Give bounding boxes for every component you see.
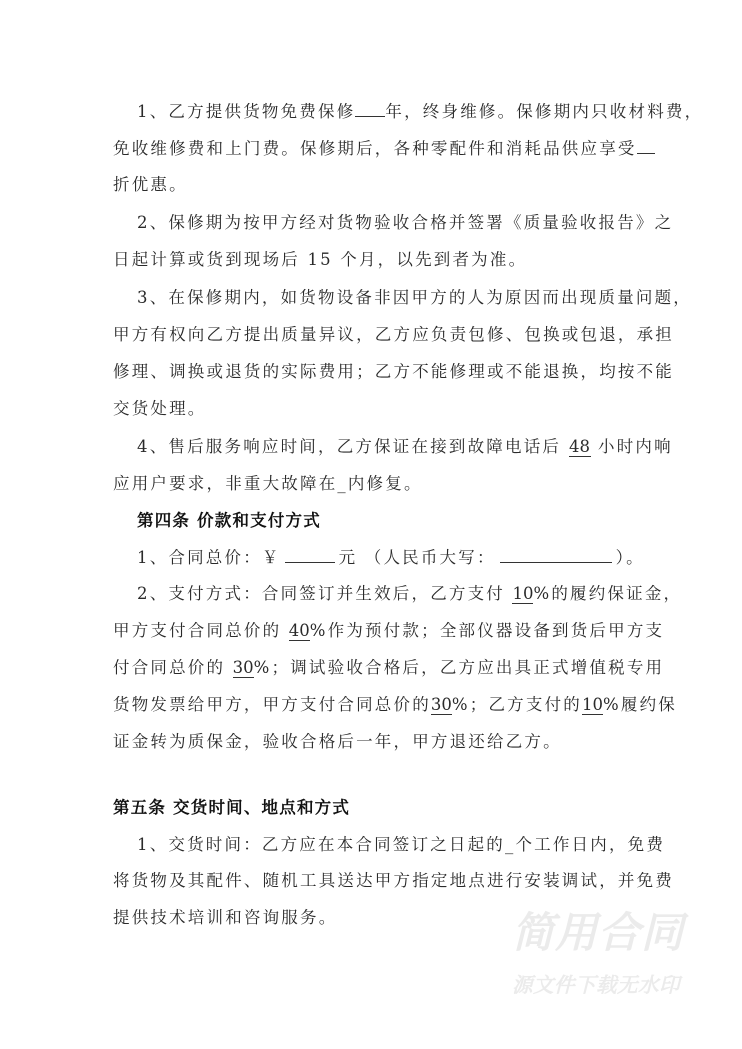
text: ）。 [616, 548, 645, 567]
paragraph-payment-line2: 甲方支付合同总价的 40 %作为预付款；全部仪器设备到货后甲方支 [113, 620, 633, 642]
article5-heading: 第五条 交货时间、地点和方式 [113, 797, 633, 819]
blank-total-amount [285, 546, 335, 563]
text: %；调试验收合格后，乙方应出具正式增值税专用 [254, 658, 665, 677]
text: %；乙方支付的 [452, 695, 582, 714]
text: 甲方支付合同总价的 [113, 621, 289, 640]
text: 年，终身维修。保修期内只收材料费， [385, 102, 703, 121]
paragraph-payment-line1: 2、支付方式：合同签订并生效后，乙方支付 10%的履约保证金， [137, 583, 657, 605]
text: 付合同总价的 [113, 658, 233, 677]
text: 内修复。 [348, 474, 423, 493]
text: 2、支付方式：合同签订并生效后，乙方支付 [137, 584, 512, 603]
text: 元 （人民币大写： [339, 548, 496, 567]
blank-warranty-years [355, 100, 385, 117]
paragraph-warranty-period-line2: 日起计算或货到现场后 15 个月，以先到者为准。 [113, 249, 633, 271]
delivery-payment-percent: 30 [233, 659, 254, 678]
paragraph-response-line2: 应用户要求，非重大故障在_内修复。 [113, 473, 633, 495]
blank-repair-time: _ [337, 474, 347, 493]
watermark-subtitle: 源文件下载无水印 [512, 968, 680, 998]
text: %的履约保证金， [533, 584, 682, 603]
text: 小时内响 [591, 437, 673, 456]
text: %履约保 [603, 695, 677, 714]
deposit-percent: 10 [512, 585, 533, 604]
text: 应用户要求，非重大故障在 [113, 474, 337, 493]
text: %作为预付款；全部仪器设备到货后甲方支 [310, 621, 664, 640]
paragraph-payment-line5: 证金转为质保金，验收合格后一年，甲方退还给乙方。 [113, 731, 633, 753]
prepayment-percent: 40 [289, 622, 310, 641]
text: 1、乙方提供货物免费保修 [137, 102, 355, 121]
paragraph-warranty-line2: 免收维修费和上门费。保修期后，各种零配件和消耗品供应享受 [113, 137, 633, 160]
text: 1、合同总价：￥ [137, 548, 281, 567]
document-page: 1、乙方提供货物免费保修年，终身维修。保修期内只收材料费， 免收维修费和上门费。… [0, 0, 742, 1049]
text: 货物发票给甲方，甲方支付合同总价的 [113, 695, 431, 714]
paragraph-quality-line1: 3、在保修期内，如货物设备非因甲方的人为原因而出现质量问题， [137, 287, 657, 309]
text: 4、售后服务响应时间，乙方保证在接到故障电话后 [137, 437, 569, 456]
blank-discount [637, 137, 655, 154]
paragraph-response-line1: 4、售后服务响应时间，乙方保证在接到故障电话后 48 小时内响 [137, 436, 657, 458]
paragraph-warranty-line3: 折优惠。 [113, 174, 633, 196]
watermark-logo-text: 简用合同 [512, 900, 684, 960]
paragraph-warranty-period-line1: 2、保修期为按甲方经对货物验收合格并签署《质量验收报告》之 [137, 212, 657, 234]
performance-bond-percent: 10 [582, 696, 603, 715]
paragraph-delivery-line1: 1、交货时间：乙方应在本合同签订之日起的_个工作日内，免费 [137, 834, 657, 856]
text: 免收维修费和上门费。保修期后，各种零配件和消耗品供应享受 [113, 139, 637, 158]
paragraph-payment-line4: 货物发票给甲方，甲方支付合同总价的30%；乙方支付的10%履约保 [113, 694, 633, 716]
paragraph-quality-line2: 甲方有权向乙方提出质量异议，乙方应负责包修、包换或包退，承担 [113, 324, 633, 346]
acceptance-payment-percent: 30 [431, 696, 452, 715]
response-hours-value: 48 [569, 438, 591, 457]
article4-heading: 第四条 价款和支付方式 [137, 510, 657, 532]
paragraph-total-price: 1、合同总价：￥元 （人民币大写：）。 [137, 546, 657, 569]
paragraph-payment-line3: 付合同总价的 30 %；调试验收合格后，乙方应出具正式增值税专用 [113, 657, 633, 679]
blank-amount-in-words [500, 546, 612, 563]
paragraph-quality-line3: 修理、调换或退货的实际费用；乙方不能修理或不能退换，均按不能 [113, 361, 633, 383]
paragraph-warranty-line1: 1、乙方提供货物免费保修年，终身维修。保修期内只收材料费， [137, 100, 657, 123]
paragraph-quality-line4: 交货处理。 [113, 398, 633, 420]
paragraph-delivery-line2: 将货物及其配件、随机工具送达甲方指定地点进行安装调试，并免费 [113, 870, 633, 892]
